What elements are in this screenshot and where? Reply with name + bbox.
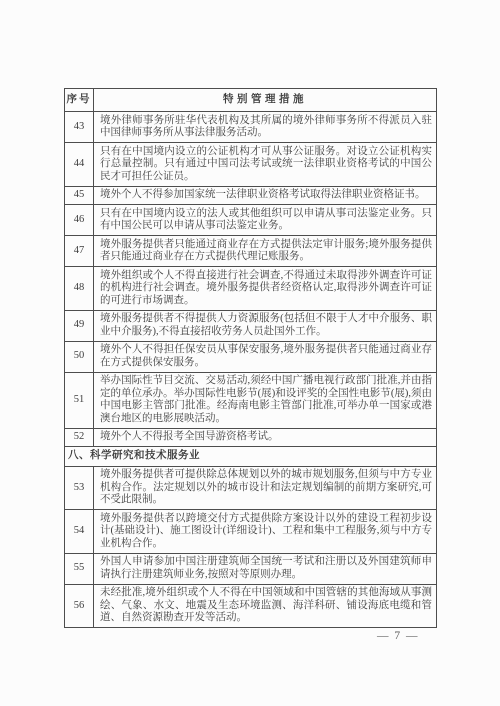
table-row: 44 只有在中国境内设立的公证机构才可从事公证服务。对设立公证机构实行总量控制。… [65, 143, 437, 187]
row-serial: 45 [65, 186, 94, 205]
row-serial: 52 [65, 428, 94, 447]
table-row: 56 未经批准,境外组织或个人不得在中国领域和中国管辖的其他海域从事测绘、气象、… [65, 584, 437, 628]
table-row: 47 境外服务提供者只能通过商业存在方式提供法定审计服务;境外服务提供者只能通过… [65, 236, 437, 267]
table-header-row: 序号 特别管理措施 [65, 89, 437, 112]
row-measure-text: 只有在中国境内设立的公证机构才可从事公证服务。对设立公证机构实行总量控制。只有通… [94, 143, 437, 187]
row-measure-text: 境外个人不得担任保安员从事保安服务,境外服务提供者只能通过商业存在方式提供保安服… [94, 341, 437, 372]
row-serial: 53 [65, 466, 94, 510]
table-row: 45 境外个人不得参加国家统一法律职业资格考试取得法律职业资格证书。 [65, 186, 437, 205]
section-header-row: 八、科学研究和技术服务业 [65, 447, 437, 467]
row-measure-text: 境外个人不得报考全国导游资格考试。 [94, 428, 437, 447]
row-serial: 43 [65, 112, 94, 143]
row-serial: 48 [65, 267, 94, 311]
row-serial: 54 [65, 510, 94, 554]
row-serial: 47 [65, 236, 94, 267]
row-measure-text: 境外服务提供者不得提供人力资源服务(包括但不限于人才中介服务、职业中介服务),不… [94, 310, 437, 341]
table-row: 55 外国人申请参加中国注册建筑师全国统一考试和注册以及外国建筑师申请执行注册建… [65, 553, 437, 584]
row-serial: 51 [65, 372, 94, 428]
column-header-serial: 序号 [65, 89, 94, 112]
document-page: 序号 特别管理措施 43 境外律师事务所驻华代表机构及其所属的境外律师事务所不得… [0, 0, 500, 706]
row-measure-text: 境外个人不得参加国家统一法律职业资格考试取得法律职业资格证书。 [94, 186, 437, 205]
row-measure-text: 境外律师事务所驻华代表机构及其所属的境外律师事务所不得派员入驻中国律师事务所从事… [94, 112, 437, 143]
column-header-measure: 特别管理措施 [94, 89, 437, 112]
row-serial: 56 [65, 584, 94, 628]
table-row: 49 境外服务提供者不得提供人力资源服务(包括但不限于人才中介服务、职业中介服务… [65, 310, 437, 341]
table-row: 50 境外个人不得担任保安员从事保安服务,境外服务提供者只能通过商业存在方式提供… [65, 341, 437, 372]
row-measure-text: 只有在中国境内设立的法人或其他组织可以申请从事司法鉴定业务。只有中国公民可以申请… [94, 205, 437, 236]
row-measure-text: 境外服务提供者只能通过商业存在方式提供法定审计服务;境外服务提供者只能通过商业存… [94, 236, 437, 267]
row-measure-text: 境外服务提供者以跨境交付方式提供除方案设计以外的建设工程初步设计(基础设计)、施… [94, 510, 437, 554]
table-row: 52 境外个人不得报考全国导游资格考试。 [65, 428, 437, 447]
table-row: 53 境外服务提供者可提供除总体规划以外的城市规划服务,但须与中方专业机构合作。… [65, 466, 437, 510]
row-serial: 49 [65, 310, 94, 341]
row-measure-text: 举办国际性节目交流、交易活动,须经中国广播电视行政部门批准,并由指定的单位承办。… [94, 372, 437, 428]
section-header: 八、科学研究和技术服务业 [65, 447, 437, 467]
table-row: 43 境外律师事务所驻华代表机构及其所属的境外律师事务所不得派员入驻中国律师事务… [65, 112, 437, 143]
table-row: 54 境外服务提供者以跨境交付方式提供除方案设计以外的建设工程初步设计(基础设计… [65, 510, 437, 554]
row-measure-text: 境外组织或个人不得直接进行社会调查,不得通过未取得涉外调查许可证的机构进行社会调… [94, 267, 437, 311]
table-row: 51 举办国际性节目交流、交易活动,须经中国广播电视行政部门批准,并由指定的单位… [65, 372, 437, 428]
row-serial: 46 [65, 205, 94, 236]
row-serial: 50 [65, 341, 94, 372]
row-measure-text: 境外服务提供者可提供除总体规划以外的城市规划服务,但须与中方专业机构合作。法定规… [94, 466, 437, 510]
row-measure-text: 外国人申请参加中国注册建筑师全国统一考试和注册以及外国建筑师申请执行注册建筑师业… [94, 553, 437, 584]
row-measure-text: 未经批准,境外组织或个人不得在中国领域和中国管辖的其他海域从事测绘、气象、水文、… [94, 584, 437, 628]
row-serial: 44 [65, 143, 94, 187]
table-row: 48 境外组织或个人不得直接进行社会调查,不得通过未取得涉外调查许可证的机构进行… [65, 267, 437, 311]
table-row: 46 只有在中国境内设立的法人或其他组织可以申请从事司法鉴定业务。只有中国公民可… [65, 205, 437, 236]
page-number: — 7 — [368, 630, 428, 642]
special-measures-table: 序号 特别管理措施 43 境外律师事务所驻华代表机构及其所属的境外律师事务所不得… [64, 88, 437, 628]
row-serial: 55 [65, 553, 94, 584]
